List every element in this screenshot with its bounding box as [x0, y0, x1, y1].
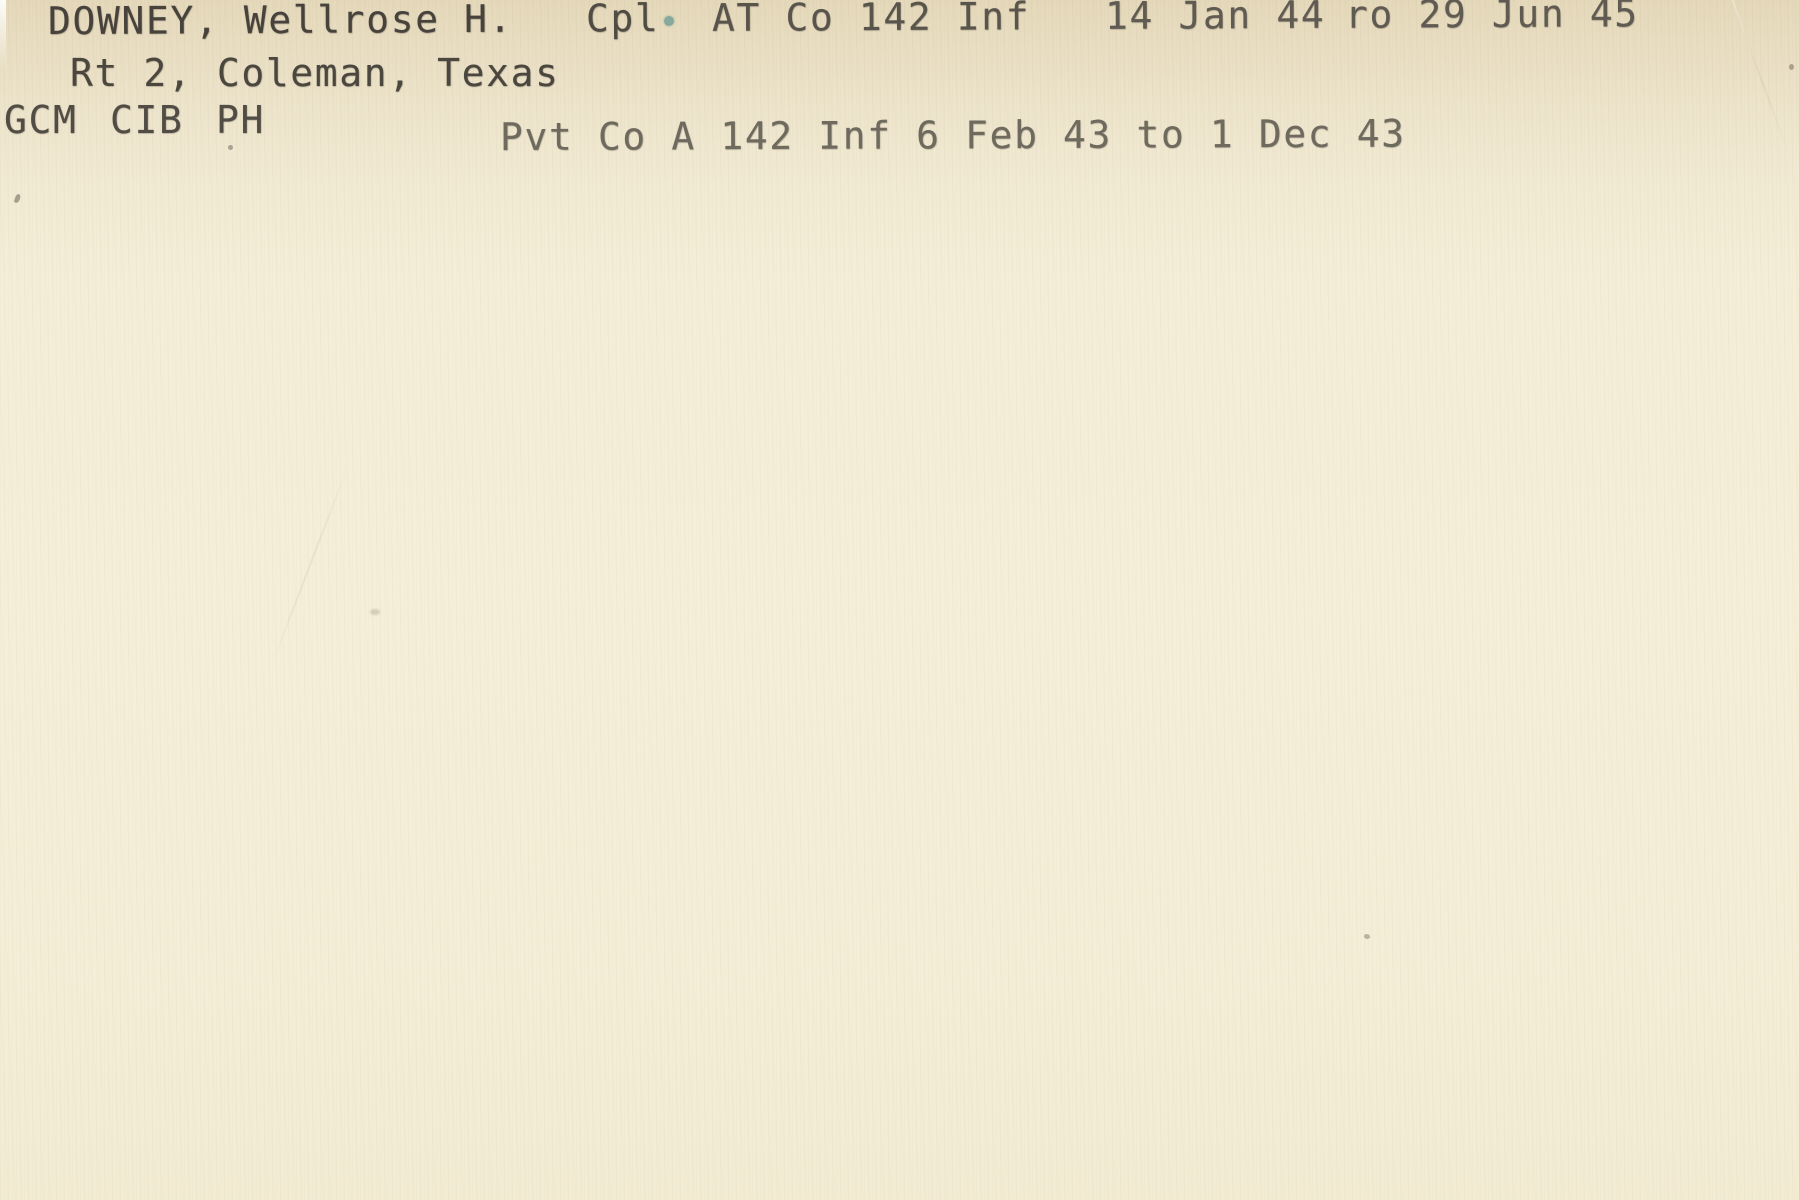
service-date-end: ro 29 Jun 45 — [1345, 0, 1639, 34]
line-name-rank-unit-dates: DOWNEY, Wellrose H. Cpl AT Co 142 Inf 14… — [0, 0, 1799, 46]
line-address: Rt 2, Coleman, Texas — [0, 54, 1799, 98]
paper-grain-texture — [0, 0, 1799, 1200]
line-prior-service: Pvt Co A 142 Inf 6 Feb 43 to 1 Dec 43 — [0, 113, 1799, 164]
prior-service-record: Pvt Co A 142 Inf 6 Feb 43 to 1 Dec 43 — [500, 115, 1406, 156]
stray-mark-lower-right — [1363, 933, 1371, 941]
soldier-name: DOWNEY, Wellrose H. — [48, 0, 513, 40]
stray-dot-below-awards — [228, 145, 233, 150]
rank: Cpl — [586, 0, 660, 37]
service-record-card: DOWNEY, Wellrose H. Cpl AT Co 142 Inf 14… — [0, 0, 1799, 1200]
stray-dot-right-edge — [1789, 64, 1794, 70]
stray-mark-left — [14, 193, 22, 203]
home-address: Rt 2, Coleman, Texas — [70, 54, 560, 92]
paper-crease-middle — [272, 462, 351, 663]
pencil-smudge — [370, 609, 380, 615]
teal-period-mark — [664, 16, 674, 26]
unit: AT Co 142 Inf — [712, 0, 1030, 37]
service-date-start: 14 Jan 44 — [1105, 0, 1325, 35]
